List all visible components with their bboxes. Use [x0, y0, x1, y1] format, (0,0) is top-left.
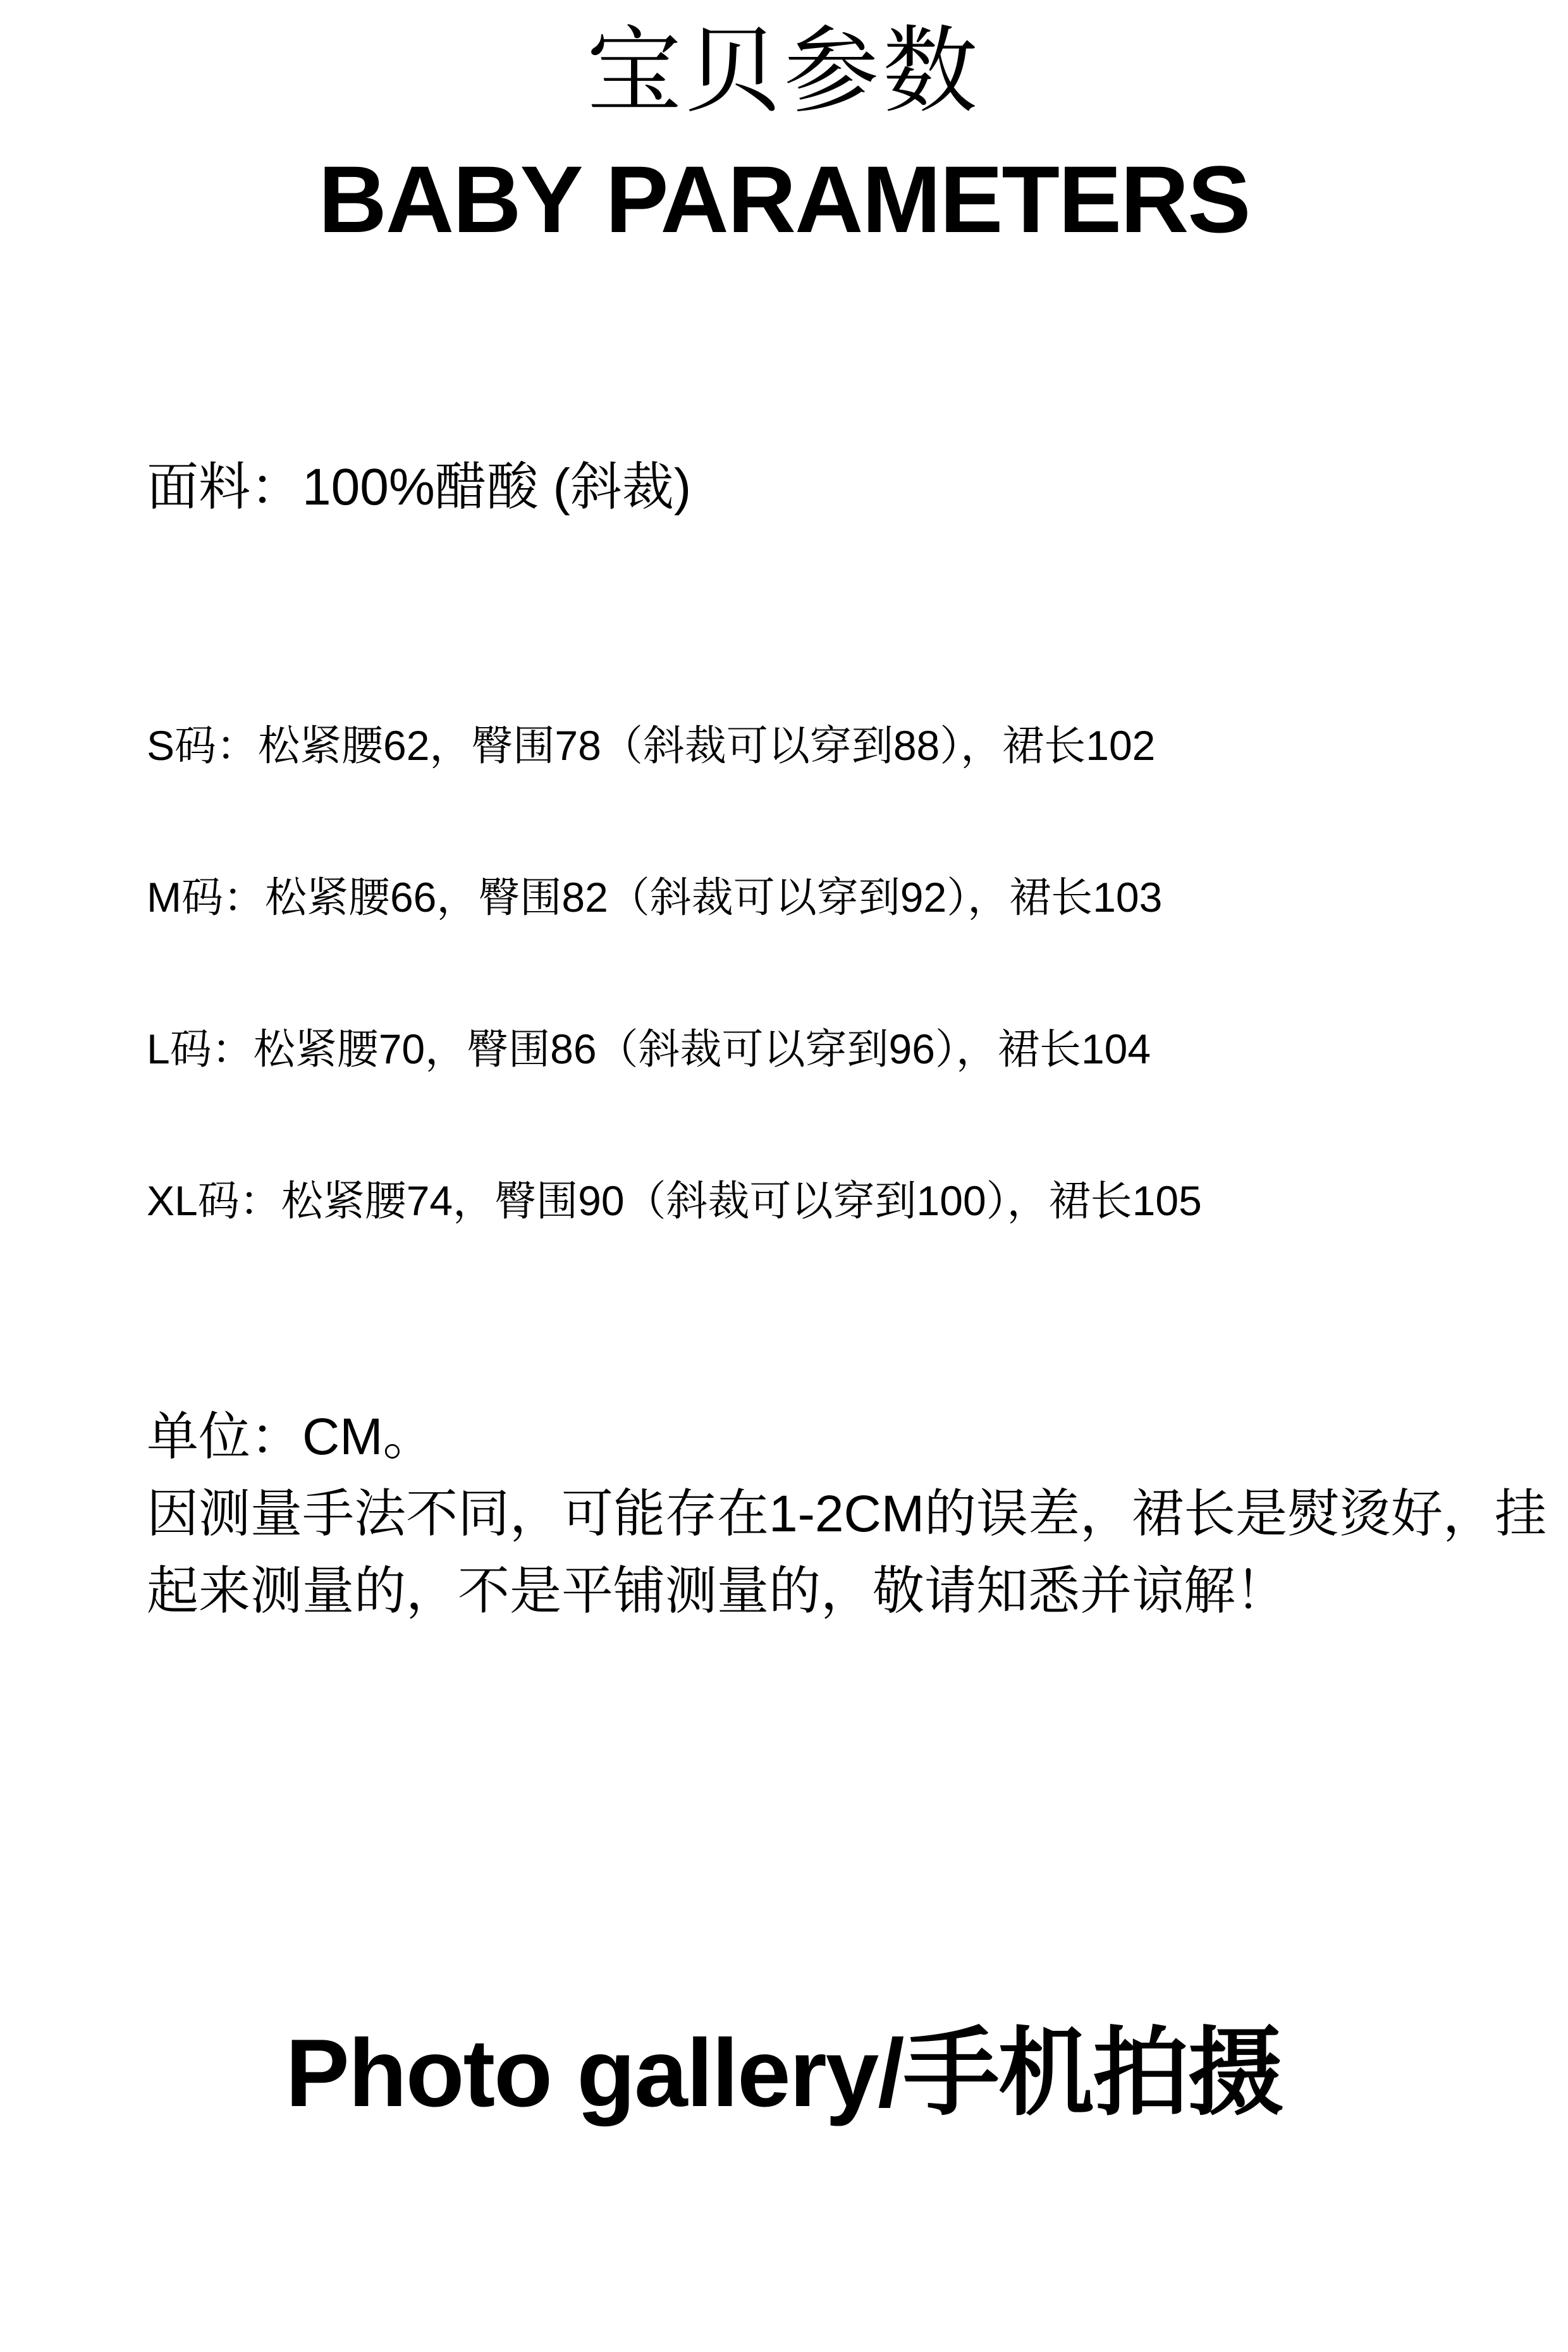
- size-spec-m: M码：松紧腰66，臀围82（斜裁可以穿到92），裙长103: [147, 873, 1162, 922]
- fabric-spec-line: 面料：100%醋酸 (斜裁): [147, 456, 691, 518]
- photo-gallery-heading: Photo gallery/手机拍摄: [0, 2021, 1568, 2126]
- note-line-1: 因测量手法不同，可能存在1-2CM的误差，裙长是熨烫好，挂: [147, 1476, 1511, 1553]
- page-title-chinese: 宝贝参数: [0, 21, 1568, 121]
- size-spec-s: S码：松紧腰62，臀围78（斜裁可以穿到88），裙长102: [147, 721, 1155, 771]
- size-spec-xl: XL码：松紧腰74，臀围90（斜裁可以穿到100），裙长105: [147, 1176, 1202, 1226]
- product-parameters-page: 宝贝参数 BABY PARAMETERS 面料：100%醋酸 (斜裁) S码：松…: [0, 0, 1568, 2352]
- size-spec-l: L码：松紧腰70，臀围86（斜裁可以穿到96），裙长104: [147, 1024, 1151, 1074]
- unit-line: 单位：CM。: [147, 1399, 1511, 1476]
- page-title-english: BABY PARAMETERS: [0, 152, 1568, 247]
- measurement-note-block: 单位：CM。 因测量手法不同，可能存在1-2CM的误差，裙长是熨烫好，挂 起来测…: [147, 1399, 1511, 1630]
- note-line-2: 起来测量的，不是平铺测量的，敬请知悉并谅解！: [147, 1553, 1511, 1630]
